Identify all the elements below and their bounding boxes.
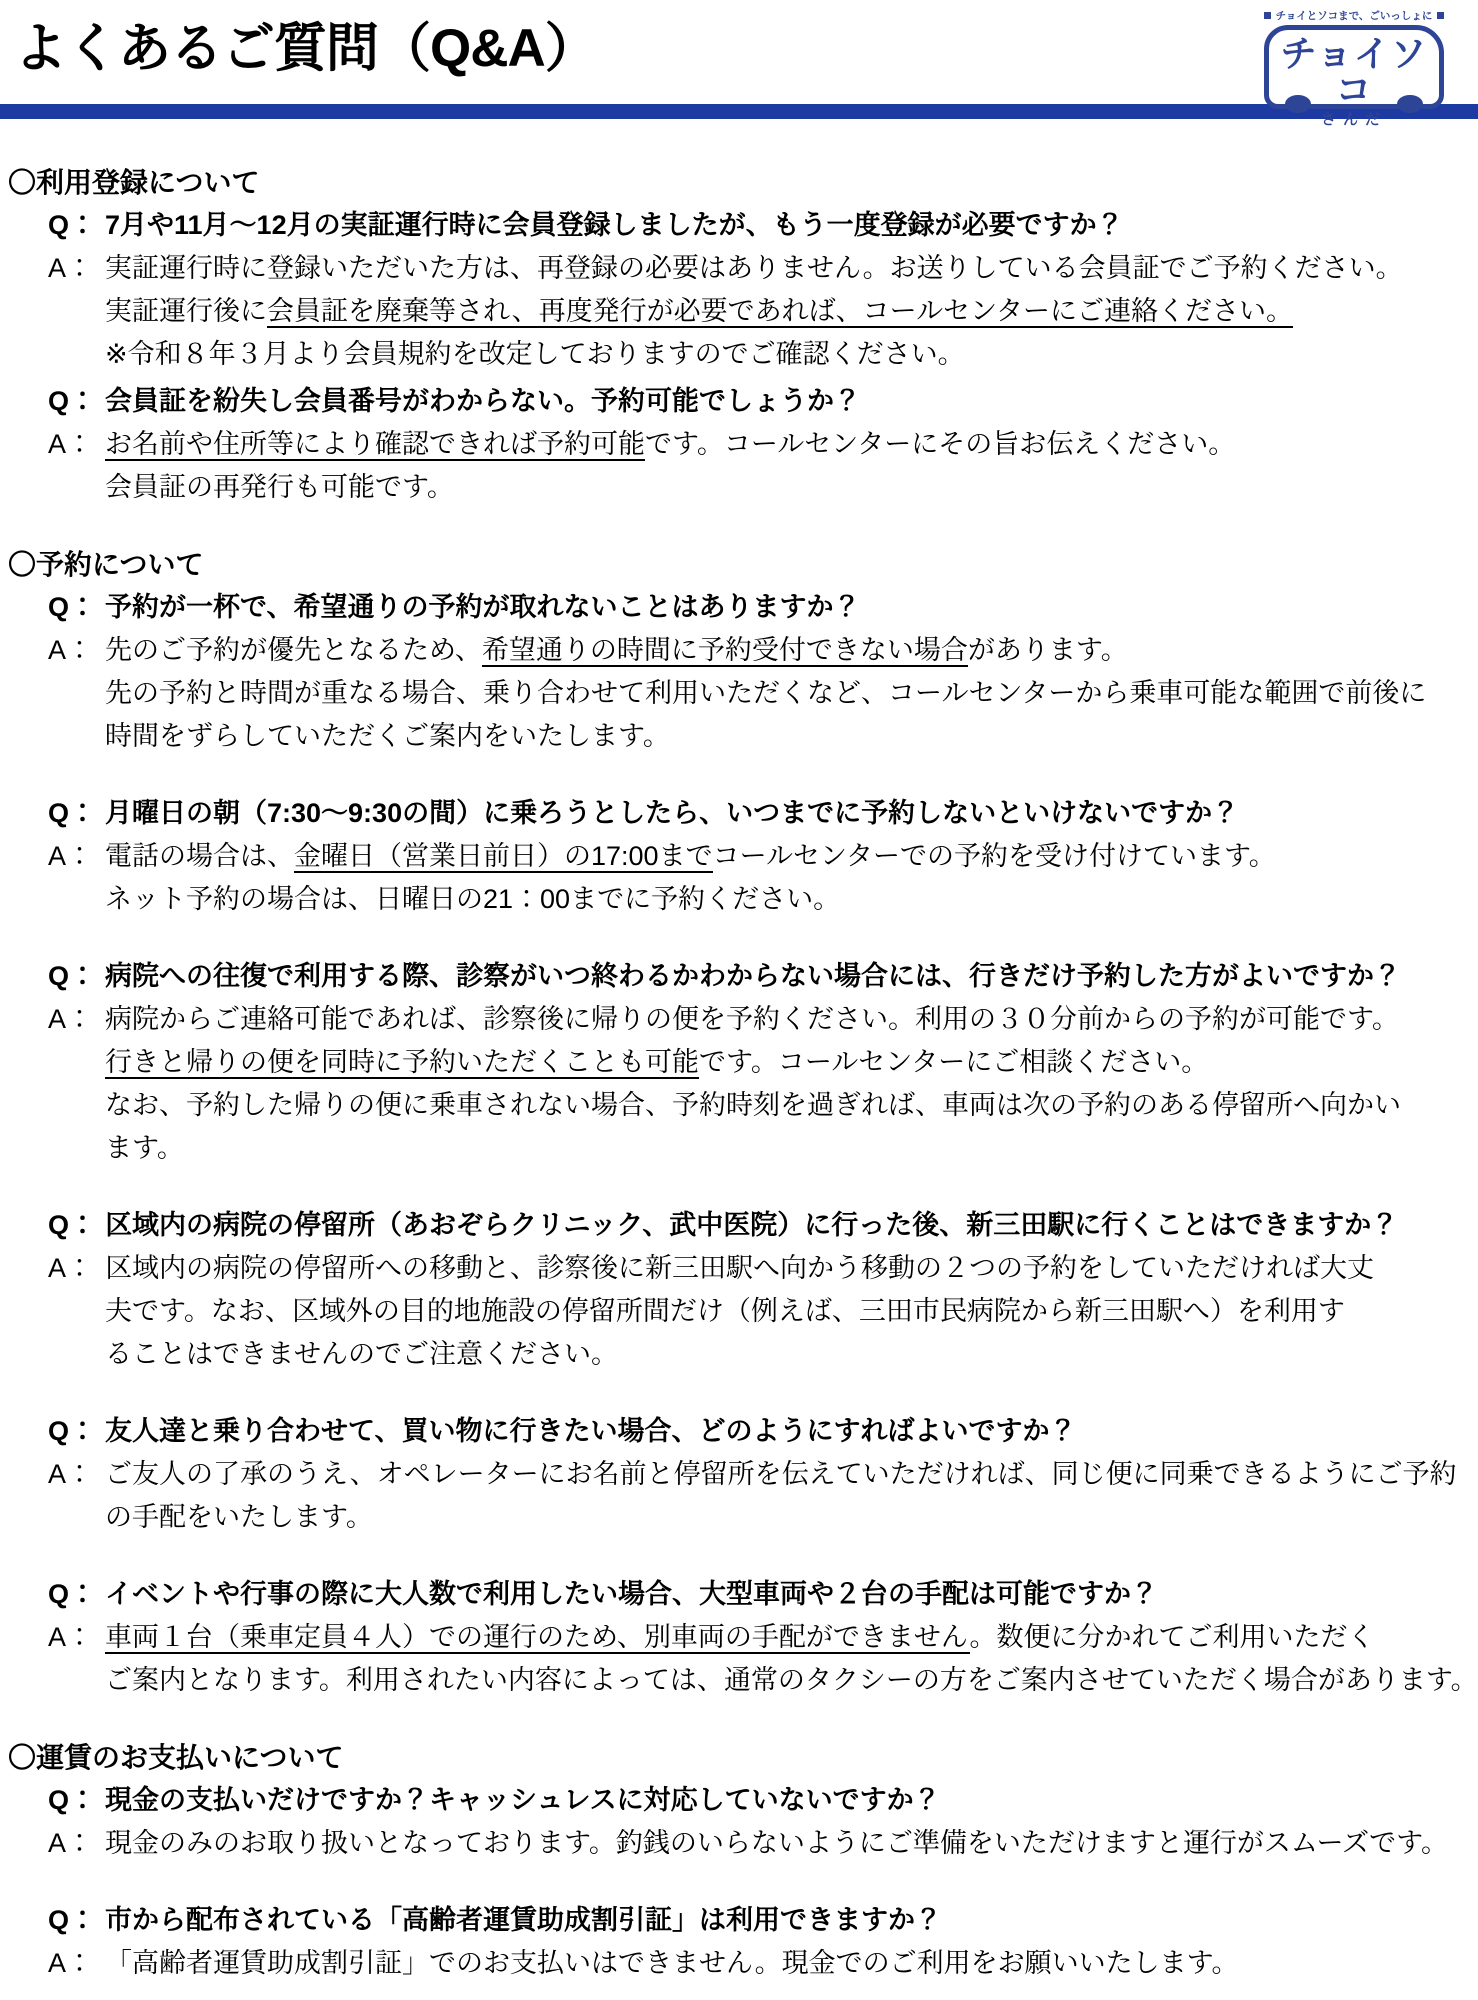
question-text: 現金の支払いだけですか？キャッシュレスに対応していないですか？	[105, 1779, 1478, 1822]
answer-line: 電話の場合は、金曜日（営業日前日）の17:00までコールセンターでの予約を受け付…	[105, 835, 1478, 878]
question-content: 区域内の病院の停留所（あおぞらクリニック、武中医院）に行った後、新三田駅に行くこ…	[105, 1204, 1478, 1247]
answer-line: 現金のみのお取り扱いとなっております。釣銭のいらないようにご準備をいただけますと…	[105, 1822, 1478, 1865]
answer-line: ※令和８年３月より会員規約を改定しておりますのでご確認ください。	[105, 333, 1478, 376]
question-row: Q：市から配布されている「高齢者運賃助成割引証」は利用できますか？	[8, 1899, 1478, 1942]
answer-row: A：病院からご連絡可能であれば、診察後に帰りの便を予約ください。利用の３０分前か…	[8, 998, 1478, 1170]
answer-text-segment: 電話の場合は、	[105, 841, 294, 871]
qa-item: Q：月曜日の朝（7:30～9:30の間）に乗ろうとしたら、いつまでに予約しないと…	[8, 792, 1478, 921]
answer-content: 区域内の病院の停留所への移動と、診察後に新三田駅へ向かう移動の２つの予約をしてい…	[105, 1247, 1478, 1376]
answer-row: A：先のご予約が優先となるため、希望通りの時間に予約受付できない場合があります。…	[8, 629, 1478, 758]
answer-line: 行きと帰りの便を同時に予約いただくことも可能です。コールセンターにご相談ください…	[105, 1041, 1478, 1084]
underlined-text: 金曜日（営業日前日）の17:00まで	[294, 841, 713, 873]
answer-text-segment: 先の予約と時間が重なる場合、乗り合わせて利用いただくなど、コールセンターから乗車…	[105, 678, 1426, 708]
answer-row: A：ご友人の了承のうえ、オペレーターにお名前と停留所を伝えていただければ、同じ便…	[8, 1453, 1478, 1539]
logo-wheel-right-icon	[1397, 95, 1423, 113]
question-text: 市から配布されている「高齢者運賃助成割引証」は利用できますか？	[105, 1899, 1478, 1942]
answer-content: 車両１台（乗車定員４人）での運行のため、別車両の手配ができません。数便に分かれて…	[105, 1616, 1478, 1702]
qa-item: Q：市から配布されている「高齢者運賃助成割引証」は利用できますか？A：「高齢者運…	[8, 1899, 1478, 1985]
answer-line: ネット予約の場合は、日曜日の21：00までに予約ください。	[105, 878, 1478, 921]
answer-row: A：現金のみのお取り扱いとなっております。釣銭のいらないようにご準備をいただけま…	[8, 1822, 1478, 1865]
faq-sections: 〇利用登録についてQ：7月や11月～12月の実証運行時に会員登録しましたが、もう…	[0, 119, 1478, 1985]
choisoko-logo: チョイとソコまで、ごいっしょに チョイソコ さんだ	[1264, 8, 1444, 109]
answer-text-segment: があります。	[968, 635, 1128, 665]
logo-van-outline: チョイソコ さんだ	[1264, 25, 1444, 109]
answer-line: お名前や住所等により確認できれば予約可能です。コールセンターにその旨お伝えくださ…	[105, 423, 1478, 466]
answer-line: 区域内の病院の停留所への移動と、診察後に新三田駅へ向かう移動の２つの予約をしてい…	[105, 1247, 1478, 1290]
answer-text-segment: 先のご予約が優先となるため、	[105, 635, 482, 665]
qa-item: Q：病院への往復で利用する際、診察がいつ終わるかわからない場合には、行きだけ予約…	[8, 955, 1478, 1170]
answer-text-segment: ご友人の了承のうえ、オペレーターにお名前と停留所を伝えていただければ、同じ便に同…	[105, 1459, 1457, 1489]
answer-label: A：	[48, 1453, 105, 1496]
answer-text-segment: です。コールセンターにご相談ください。	[699, 1047, 1208, 1077]
logo-wheel-left-icon	[1285, 95, 1311, 113]
answer-row: A：お名前や住所等により確認できれば予約可能です。コールセンターにその旨お伝えく…	[8, 423, 1478, 509]
answer-label: A：	[48, 998, 105, 1041]
faq-section: 〇運賃のお支払いについてQ：現金の支払いだけですか？キャッシュレスに対応していな…	[8, 1736, 1478, 1985]
header-divider	[0, 104, 1478, 119]
answer-row: A：区域内の病院の停留所への移動と、診察後に新三田駅へ向かう移動の２つの予約をし…	[8, 1247, 1478, 1376]
answer-text-segment: ※令和８年３月より会員規約を改定しておりますのでご確認ください。	[105, 339, 965, 369]
qa-item: Q：区域内の病院の停留所（あおぞらクリニック、武中医院）に行った後、新三田駅に行…	[8, 1204, 1478, 1376]
section-heading: 〇予約について	[8, 543, 1478, 586]
answer-text-segment: の手配をいたします。	[105, 1502, 373, 1532]
answer-text-segment: 時間をずらしていただくご案内をいたします。	[105, 721, 670, 751]
answer-text-segment: ることはできませんのでご注意ください。	[105, 1339, 618, 1369]
question-content: 市から配布されている「高齢者運賃助成割引証」は利用できますか？	[105, 1899, 1478, 1942]
answer-line: の手配をいたします。	[105, 1496, 1478, 1539]
question-row: Q：予約が一杯で、希望通りの予約が取れないことはありますか？	[8, 586, 1478, 629]
answer-content: 実証運行時に登録いただいた方は、再登録の必要はありません。お送りしている会員証で…	[105, 247, 1478, 376]
question-text: 会員証を紛失し会員番号がわからない。予約可能でしょうか？	[105, 380, 1478, 423]
answer-text-segment: ご案内となります。利用されたい内容によっては、通常のタクシーの方をご案内させてい…	[105, 1665, 1478, 1695]
question-content: イベントや行事の際に大人数で利用したい場合、大型車両や２台の手配は可能ですか？	[105, 1573, 1478, 1616]
question-content: 月曜日の朝（7:30～9:30の間）に乗ろうとしたら、いつまでに予約しないといけ…	[105, 792, 1478, 835]
question-row: Q：イベントや行事の際に大人数で利用したい場合、大型車両や２台の手配は可能ですか…	[8, 1573, 1478, 1616]
answer-line: ます。	[105, 1127, 1478, 1170]
question-content: 病院への往復で利用する際、診察がいつ終わるかわからない場合には、行きだけ予約した…	[105, 955, 1478, 998]
question-label: Q：	[48, 1573, 105, 1616]
answer-line: ご友人の了承のうえ、オペレーターにお名前と停留所を伝えていただければ、同じ便に同…	[105, 1453, 1478, 1496]
underlined-text: 希望通りの時間に予約受付できない場合	[482, 635, 968, 667]
answer-line: 時間をずらしていただくご案内をいたします。	[105, 715, 1478, 758]
answer-row: A：電話の場合は、金曜日（営業日前日）の17:00までコールセンターでの予約を受…	[8, 835, 1478, 921]
answer-label: A：	[48, 1247, 105, 1290]
answer-line: 病院からご連絡可能であれば、診察後に帰りの便を予約ください。利用の３０分前からの…	[105, 998, 1478, 1041]
question-label: Q：	[48, 1204, 105, 1247]
section-heading: 〇運賃のお支払いについて	[8, 1736, 1478, 1779]
question-label: Q：	[48, 380, 105, 423]
answer-text-segment: 会員証の再発行も可能です。	[105, 472, 454, 502]
answer-text-segment: ます。	[105, 1133, 184, 1163]
answer-text-segment: です。コールセンターにその旨お伝えください。	[645, 429, 1235, 459]
question-text: 区域内の病院の停留所（あおぞらクリニック、武中医院）に行った後、新三田駅に行くこ…	[105, 1204, 1478, 1247]
logo-tagline: チョイとソコまで、ごいっしょに	[1264, 8, 1444, 23]
answer-label: A：	[48, 247, 105, 290]
underlined-text: お名前や住所等により確認できれば予約可能	[105, 429, 645, 461]
answer-content: ご友人の了承のうえ、オペレーターにお名前と停留所を伝えていただければ、同じ便に同…	[105, 1453, 1478, 1539]
question-content: 予約が一杯で、希望通りの予約が取れないことはありますか？	[105, 586, 1478, 629]
question-text: 7月や11月～12月の実証運行時に会員登録しましたが、もう一度登録が必要ですか？	[105, 204, 1478, 247]
answer-label: A：	[48, 1616, 105, 1659]
answer-text-segment: なお、予約した帰りの便に乗車されない場合、予約時刻を過ぎれば、車両は次の予約のあ…	[105, 1090, 1401, 1120]
answer-label: A：	[48, 629, 105, 672]
qa-item: Q：会員証を紛失し会員番号がわからない。予約可能でしょうか？A：お名前や住所等に…	[8, 380, 1478, 509]
underlined-text: 会員証を廃棄等され、再度発行が必要であれば、コールセンターにご連絡ください。	[267, 296, 1293, 328]
underlined-text: 車両１台（乗車定員４人）での運行のため、別車両の手配ができません	[105, 1622, 970, 1654]
faq-section: 〇利用登録についてQ：7月や11月～12月の実証運行時に会員登録しましたが、もう…	[8, 161, 1478, 509]
answer-text-segment: 区域内の病院の停留所への移動と、診察後に新三田駅へ向かう移動の２つの予約をしてい…	[105, 1253, 1374, 1283]
question-content: 7月や11月～12月の実証運行時に会員登録しましたが、もう一度登録が必要ですか？	[105, 204, 1478, 247]
answer-content: 「高齢者運賃助成割引証」でのお支払いはできません。現金でのご利用をお願いいたしま…	[105, 1942, 1478, 1985]
answer-row: A：車両１台（乗車定員４人）での運行のため、別車両の手配ができません。数便に分か…	[8, 1616, 1478, 1702]
answer-content: 先のご予約が優先となるため、希望通りの時間に予約受付できない場合があります。先の…	[105, 629, 1478, 758]
question-row: Q：区域内の病院の停留所（あおぞらクリニック、武中医院）に行った後、新三田駅に行…	[8, 1204, 1478, 1247]
question-label: Q：	[48, 1779, 105, 1822]
answer-label: A：	[48, 423, 105, 466]
question-content: 友人達と乗り合わせて、買い物に行きたい場合、どのようにすればよいですか？	[105, 1410, 1478, 1453]
section-heading: 〇利用登録について	[8, 161, 1478, 204]
answer-line: 先の予約と時間が重なる場合、乗り合わせて利用いただくなど、コールセンターから乗車…	[105, 672, 1478, 715]
faq-page: よくあるご質問（Q&A） チョイとソコまで、ごいっしょに チョイソコ さんだ 〇…	[0, 0, 1478, 1985]
answer-text-segment: コールセンターでの予約を受け付けています。	[713, 841, 1276, 871]
answer-line: なお、予約した帰りの便に乗車されない場合、予約時刻を過ぎれば、車両は次の予約のあ…	[105, 1084, 1478, 1127]
question-label: Q：	[48, 204, 105, 247]
answer-content: 病院からご連絡可能であれば、診察後に帰りの便を予約ください。利用の３０分前からの…	[105, 998, 1478, 1170]
answer-label: A：	[48, 1942, 105, 1985]
answer-text-segment: 病院からご連絡可能であれば、診察後に帰りの便を予約ください。利用の３０分前からの…	[105, 1004, 1399, 1034]
answer-label: A：	[48, 1822, 105, 1865]
question-row: Q：現金の支払いだけですか？キャッシュレスに対応していないですか？	[8, 1779, 1478, 1822]
underlined-text: 行きと帰りの便を同時に予約いただくことも可能	[105, 1047, 699, 1079]
question-content: 会員証を紛失し会員番号がわからない。予約可能でしょうか？	[105, 380, 1478, 423]
question-row: Q：会員証を紛失し会員番号がわからない。予約可能でしょうか？	[8, 380, 1478, 423]
answer-line: 実証運行後に会員証を廃棄等され、再度発行が必要であれば、コールセンターにご連絡く…	[105, 290, 1478, 333]
answer-row: A：実証運行時に登録いただいた方は、再登録の必要はありません。お送りしている会員…	[8, 247, 1478, 376]
answer-text-segment: ネット予約の場合は、日曜日の21：00までに予約ください。	[105, 884, 840, 914]
question-label: Q：	[48, 792, 105, 835]
question-row: Q：病院への往復で利用する際、診察がいつ終わるかわからない場合には、行きだけ予約…	[8, 955, 1478, 998]
page-title: よくあるご質問（Q&A）	[14, 16, 1478, 82]
answer-line: 「高齢者運賃助成割引証」でのお支払いはできません。現金でのご利用をお願いいたしま…	[105, 1942, 1478, 1985]
qa-item: Q：7月や11月～12月の実証運行時に会員登録しましたが、もう一度登録が必要です…	[8, 204, 1478, 376]
question-label: Q：	[48, 586, 105, 629]
answer-text-segment: 実証運行時に登録いただいた方は、再登録の必要はありません。お送りしている会員証で…	[105, 253, 1403, 283]
answer-line: 先のご予約が優先となるため、希望通りの時間に予約受付できない場合があります。	[105, 629, 1478, 672]
answer-text-segment: 夫です。なお、区域外の目的地施設の停留所間だけ（例えば、三田市民病院から新三田駅…	[105, 1296, 1345, 1326]
question-label: Q：	[48, 1899, 105, 1942]
answer-line: 実証運行時に登録いただいた方は、再登録の必要はありません。お送りしている会員証で…	[105, 247, 1478, 290]
answer-text-segment: 現金のみのお取り扱いとなっております。釣銭のいらないようにご準備をいただけますと…	[105, 1828, 1448, 1858]
question-content: 現金の支払いだけですか？キャッシュレスに対応していないですか？	[105, 1779, 1478, 1822]
question-row: Q：7月や11月～12月の実証運行時に会員登録しましたが、もう一度登録が必要です…	[8, 204, 1478, 247]
answer-text-segment: 。数便に分かれてご利用いただく	[970, 1622, 1375, 1652]
logo-area-name: さんだ	[1269, 112, 1439, 127]
question-row: Q：友人達と乗り合わせて、買い物に行きたい場合、どのようにすればよいですか？	[8, 1410, 1478, 1453]
question-label: Q：	[48, 955, 105, 998]
answer-line: 車両１台（乗車定員４人）での運行のため、別車両の手配ができません。数便に分かれて…	[105, 1616, 1478, 1659]
answer-text-segment: 実証運行後に	[105, 296, 267, 326]
qa-item: Q：イベントや行事の際に大人数で利用したい場合、大型車両や２台の手配は可能ですか…	[8, 1573, 1478, 1702]
answer-text-segment: 「高齢者運賃助成割引証」でのお支払いはできません。現金でのご利用をお願いいたしま…	[105, 1948, 1238, 1978]
qa-item: Q：現金の支払いだけですか？キャッシュレスに対応していないですか？A：現金のみの…	[8, 1779, 1478, 1865]
answer-row: A：「高齢者運賃助成割引証」でのお支払いはできません。現金でのご利用をお願いいた…	[8, 1942, 1478, 1985]
question-text: 病院への往復で利用する際、診察がいつ終わるかわからない場合には、行きだけ予約した…	[105, 955, 1478, 998]
answer-content: 現金のみのお取り扱いとなっております。釣銭のいらないようにご準備をいただけますと…	[105, 1822, 1478, 1865]
question-text: 月曜日の朝（7:30～9:30の間）に乗ろうとしたら、いつまでに予約しないといけ…	[105, 792, 1478, 835]
question-row: Q：月曜日の朝（7:30～9:30の間）に乗ろうとしたら、いつまでに予約しないと…	[8, 792, 1478, 835]
answer-line: 会員証の再発行も可能です。	[105, 466, 1478, 509]
faq-section: 〇予約についてQ：予約が一杯で、希望通りの予約が取れないことはありますか？A：先…	[8, 543, 1478, 1702]
answer-line: ご案内となります。利用されたい内容によっては、通常のタクシーの方をご案内させてい…	[105, 1659, 1478, 1702]
qa-item: Q：友人達と乗り合わせて、買い物に行きたい場合、どのようにすればよいですか？A：…	[8, 1410, 1478, 1539]
question-label: Q：	[48, 1410, 105, 1453]
answer-label: A：	[48, 835, 105, 878]
answer-line: ることはできませんのでご注意ください。	[105, 1333, 1478, 1376]
question-text: 友人達と乗り合わせて、買い物に行きたい場合、どのようにすればよいですか？	[105, 1410, 1478, 1453]
qa-item: Q：予約が一杯で、希望通りの予約が取れないことはありますか？A：先のご予約が優先…	[8, 586, 1478, 758]
question-text: イベントや行事の際に大人数で利用したい場合、大型車両や２台の手配は可能ですか？	[105, 1573, 1478, 1616]
answer-line: 夫です。なお、区域外の目的地施設の停留所間だけ（例えば、三田市民病院から新三田駅…	[105, 1290, 1478, 1333]
question-text: 予約が一杯で、希望通りの予約が取れないことはありますか？	[105, 586, 1478, 629]
answer-content: お名前や住所等により確認できれば予約可能です。コールセンターにその旨お伝えくださ…	[105, 423, 1478, 509]
header: よくあるご質問（Q&A） チョイとソコまで、ごいっしょに チョイソコ さんだ	[0, 0, 1478, 82]
answer-content: 電話の場合は、金曜日（営業日前日）の17:00までコールセンターでの予約を受け付…	[105, 835, 1478, 921]
